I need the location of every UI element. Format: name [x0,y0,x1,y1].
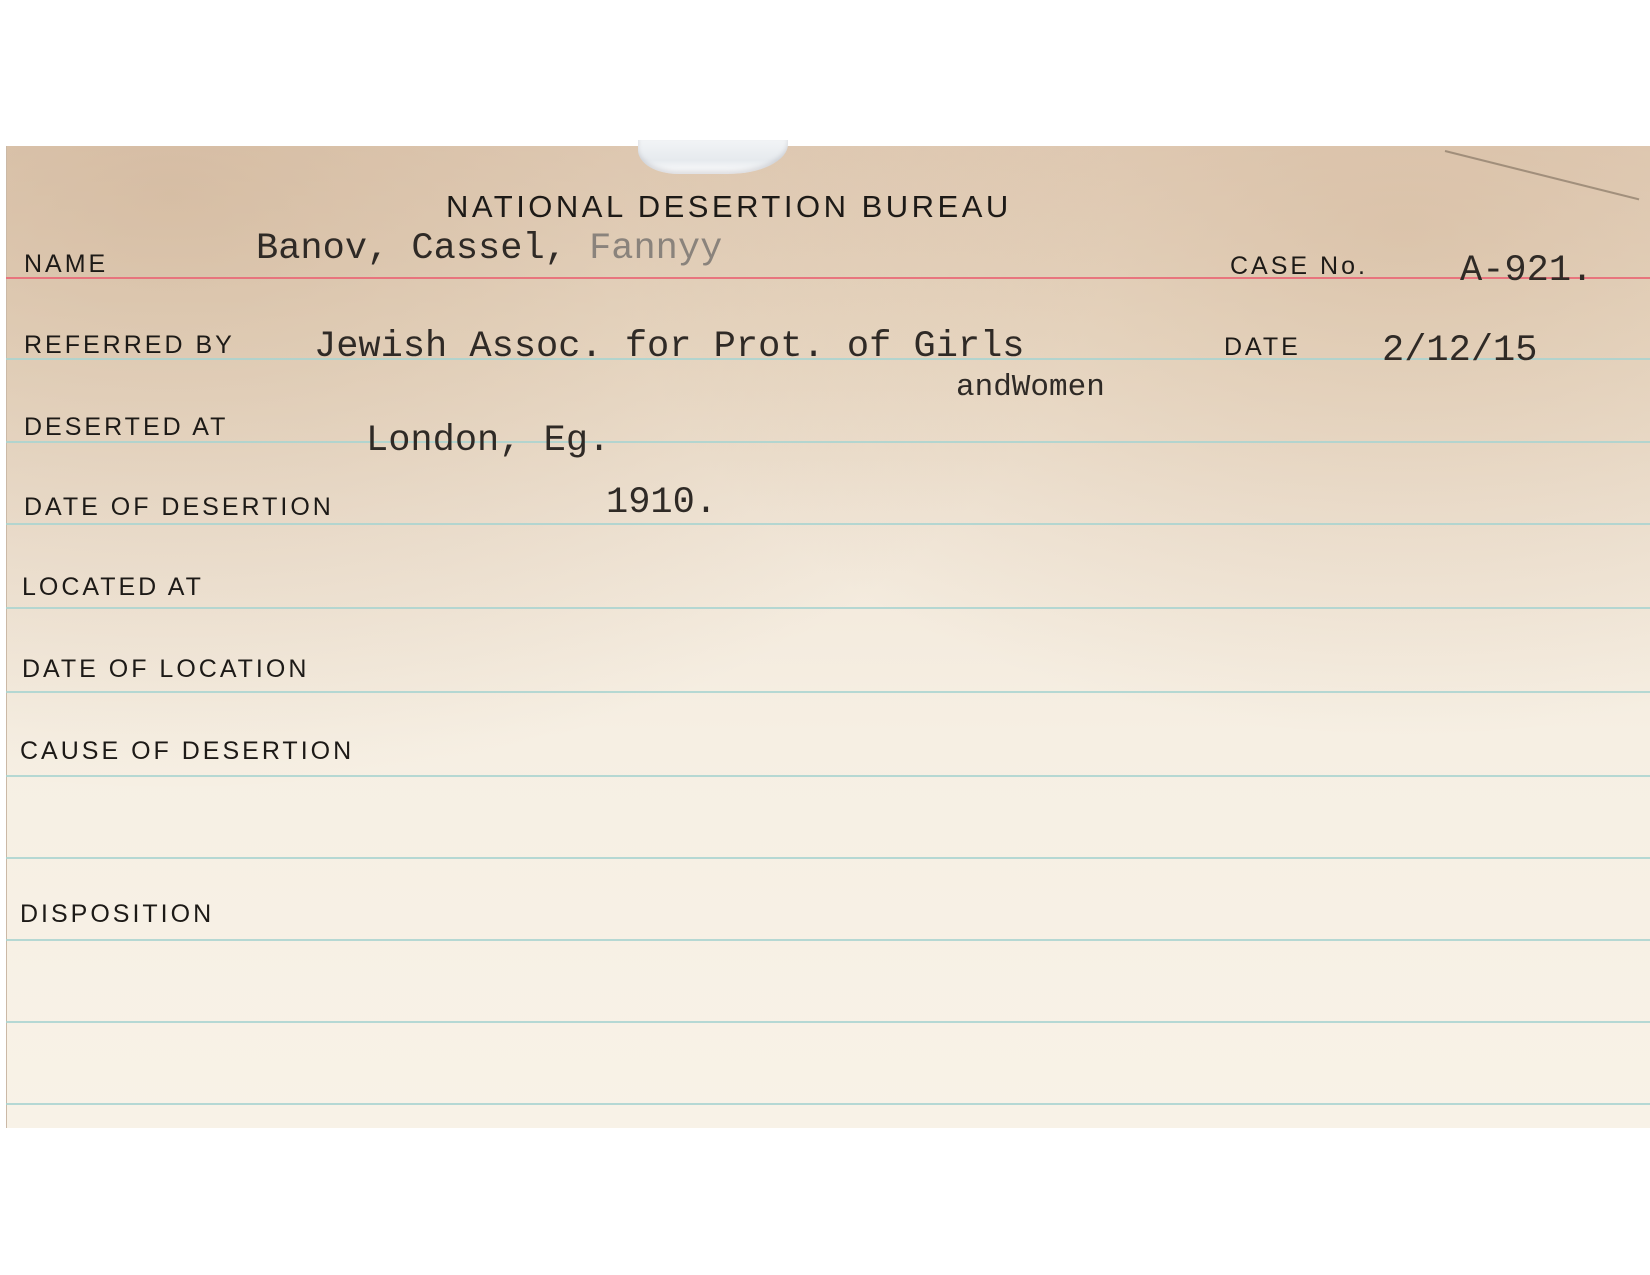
disposition-label: DISPOSITION [20,900,214,929]
referred-by-value-line2: andWomen [956,370,1105,405]
date-value: 2/12/15 [1382,330,1537,372]
name-label: NAME [24,250,108,279]
cause-of-desertion-label: CAUSE OF DESERTION [20,737,354,766]
date-of-location-label: DATE OF LOCATION [22,655,309,684]
rule-line [6,1021,1650,1023]
case-no-value: A-921. [1460,250,1593,292]
rule-line [6,775,1650,777]
red-rule-line [6,277,1650,279]
referred-by-label: REFERRED BY [24,331,235,360]
name-value: Banov, Cassel, Fannyy [256,228,722,270]
rule-line [6,607,1650,609]
rule-line [6,1103,1650,1105]
deserted-at-value: London, Eg. [366,420,610,462]
rule-line [6,691,1650,693]
referred-by-value: Jewish Assoc. for Prot. of Girls [314,326,1025,368]
card-title: NATIONAL DESERTION BUREAU [446,189,1012,225]
deserted-at-label: DESERTED AT [24,413,228,442]
date-label: DATE [1224,333,1301,362]
date-of-desertion-label: DATE OF DESERTION [24,493,334,522]
located-at-label: LOCATED AT [22,573,204,602]
case-no-label: CASE No. [1230,252,1368,281]
rule-line [6,857,1650,859]
index-card [6,146,1650,1128]
rule-line [6,523,1650,525]
date-of-desertion-value: 1910. [606,482,717,524]
rule-line [6,441,1650,443]
rule-line [6,939,1650,941]
